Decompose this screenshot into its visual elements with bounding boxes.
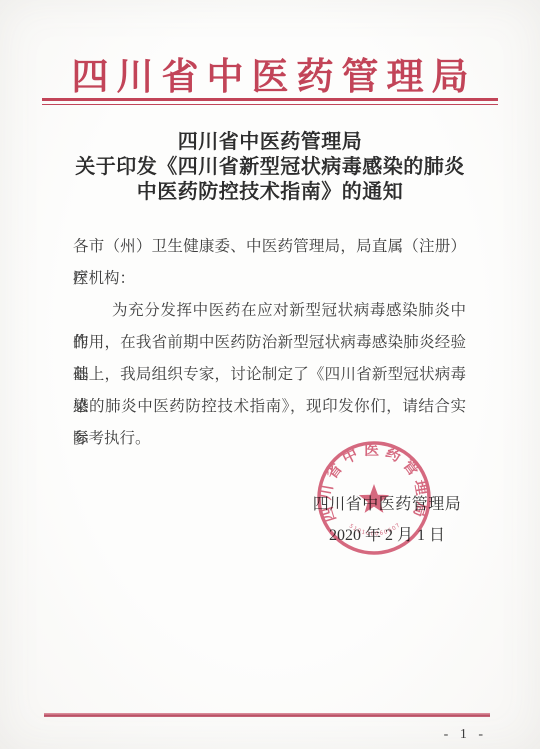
letterhead-separator-rule xyxy=(42,98,498,105)
signature-date: 2020 年 2 月 1 日 xyxy=(310,522,464,545)
title-line-1: 四川省中医药管理局 xyxy=(0,130,540,155)
title-line-3: 中医药防控技术指南》的通知 xyxy=(0,180,540,205)
paragraph-line: 为充分发挥中医药在应对新型冠状病毒感染肺炎中的 xyxy=(73,295,466,327)
footer-rule xyxy=(44,713,490,717)
document-title: 四川省中医药管理局 关于印发《四川省新型冠状病毒感染的肺炎 中医药防控技术指南》… xyxy=(0,130,540,205)
document-page: 四川省中医药管理局 四川省中医药管理局 关于印发《四川省新型冠状病毒感染的肺炎 … xyxy=(0,0,540,749)
document-body: 各市（州）卫生健康委、中医药管理局，局直属（注册）医 疗机构： 为充分发挥中医药… xyxy=(73,231,466,455)
salutation-line: 各市（州）卫生健康委、中医药管理局，局直属（注册）医 xyxy=(73,231,466,263)
paragraph-line: 参考执行。 xyxy=(73,423,466,455)
paragraph-line: 础上，我局组织专家，讨论制定了《四川省新型冠状病毒感 xyxy=(73,359,466,391)
signature-agency: 四川省中医药管理局 xyxy=(310,491,464,514)
page-number: - 1 - xyxy=(444,727,487,743)
paragraph-line: 染的肺炎中医药防控技术指南》，现印发你们，请结合实际 xyxy=(73,391,466,423)
title-line-2: 关于印发《四川省新型冠状病毒感染的肺炎 xyxy=(0,155,540,180)
agency-letterhead: 四川省中医药管理局 xyxy=(0,46,540,100)
salutation-line: 疗机构： xyxy=(73,263,466,295)
paragraph-line: 作用，在我省前期中医药防治新型冠状病毒感染肺炎经验基 xyxy=(73,327,466,359)
signature-block: 四川省中医药管理局 2020 年 2 月 1 日 xyxy=(310,491,464,545)
